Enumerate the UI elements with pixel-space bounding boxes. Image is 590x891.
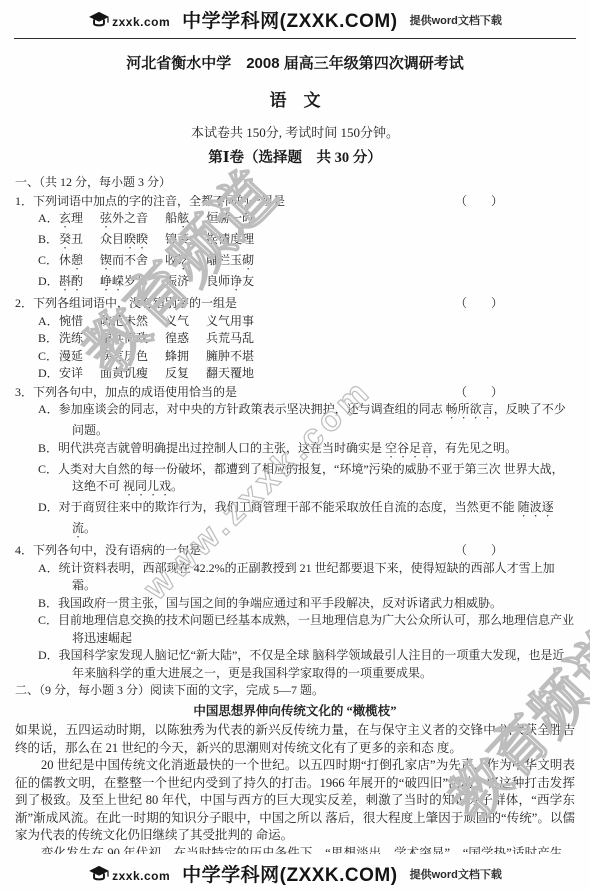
answer-bracket: （ ）	[455, 295, 503, 313]
option-word: 众目睽睽	[100, 232, 148, 246]
header-rule	[14, 38, 576, 39]
emphasized-term: 视同儿戏	[123, 479, 171, 493]
option-word: 臃肿不堪	[206, 349, 254, 363]
option-word: 揆情度理	[206, 232, 254, 246]
emphasized-term: 峥嵘	[100, 274, 124, 288]
option-word: 洗练	[59, 331, 83, 345]
site-name: 中学学科网(ZXXK.COM)	[182, 6, 397, 33]
section-heading: 二、（9 分，每小题 3 分）阅读下面的文字，完成 5—7 题。	[15, 682, 575, 700]
option-word: 疾言历色	[100, 349, 148, 363]
option-line: D．对于商贸往来中的欺诈行为，我们工商管理干部不能采取放任自流的态度，当然更不能…	[15, 499, 575, 541]
option-label: A．	[38, 313, 59, 331]
option-word: 防范未然	[100, 314, 148, 328]
option-line: A．玄理弦外之音船舷烜赫一时	[15, 210, 575, 231]
footer-bar: zxxk.com 中学学科网(ZXXK.COM) 提供word文档下载	[0, 854, 590, 891]
emphasized-term: 诤	[230, 274, 242, 288]
emphasized-term: 畅所欲言	[446, 402, 494, 416]
option-word: 漫延	[59, 349, 83, 363]
option-line: B．洗练精兵简政徨惑兵荒马乱	[15, 330, 575, 348]
option-word: 义气用事	[206, 314, 254, 328]
option-line: A．惋惜防范未然义气义气用事	[15, 313, 575, 331]
emphasized-term: 弦	[100, 211, 112, 225]
option-word: 斟酌	[59, 274, 83, 288]
emphasized-term: 葵	[177, 232, 189, 246]
emphasized-term: 斟酌	[59, 274, 83, 288]
emphasized-term: 讫	[177, 253, 189, 267]
question-stem: 2．下列各组词语中，没有错别字的一组是（ ）	[15, 295, 575, 313]
emphasized-term: 癸	[59, 232, 71, 246]
exam-title: 河北省衡水中学 2008 届高三年级第四次调研考试	[0, 52, 590, 73]
logo-text: zxxk.com	[112, 869, 170, 883]
option-word: 锦葵	[165, 232, 189, 246]
passage-paragraph: 如果说，五四运动时期，以陈独秀为代表的新兴反传统力量，在与保守主义者的交锋中 以…	[15, 722, 575, 757]
option-word: 烜赫一时	[206, 211, 254, 225]
option-line: B．我国政府一贯主张，国与国之间的争端应通过和平手段解决，反对诉诸武力相威胁。	[15, 595, 575, 613]
emphasized-term: 锲	[100, 253, 112, 267]
question-stem: 3．下列各句中，加点的成语使用恰当的是（ ）	[15, 384, 575, 402]
option-word: 癸丑	[59, 232, 83, 246]
option-label: A．	[38, 210, 59, 228]
option-word: 安详	[59, 366, 83, 380]
emphasized-term: 揆	[206, 232, 218, 246]
answer-bracket: （ ）	[455, 542, 503, 560]
option-label: D．	[38, 365, 59, 383]
part-heading: 第Ⅰ卷（选择题 共 30 分）	[0, 146, 590, 167]
option-line: D．我国科学家发现人脑记忆“新大陆”，不仅是全球 脑科学领域最引人注目的一项重大…	[15, 647, 575, 682]
emphasized-term: 睽睽	[124, 232, 148, 246]
option-word: 反复	[165, 366, 189, 380]
site-tagline: 提供word文档下载	[410, 866, 502, 882]
question-stem: 4．下列各句中，没有语病的一句是（ ）	[15, 542, 575, 560]
option-word: 面黄饥瘦	[100, 366, 148, 380]
option-word: 蜂拥	[165, 349, 189, 363]
graduation-cap-icon	[88, 11, 110, 29]
answer-bracket: （ ）	[455, 193, 503, 211]
option-word: 玄理	[59, 211, 83, 225]
option-line: A．参加座谈会的同志，对中央的方针政策表示坚决拥护，还与调查组的同志 畅所欲言，…	[15, 401, 575, 440]
option-word: 锲而不舍	[100, 253, 148, 267]
option-word: 雕栏玉砌	[206, 253, 254, 267]
graduation-cap-icon	[88, 865, 110, 883]
scan-page: 教育频道www.zxxk.com教育频道 zxxk.com 中学学科网(ZXXK…	[0, 0, 590, 891]
option-word: 弦外之音	[100, 211, 148, 225]
option-line: D．斟酌峥嵘岁月赈济良师诤友	[15, 273, 575, 294]
answer-bracket: （ ）	[455, 384, 503, 402]
emphasized-term: 赈	[165, 274, 177, 288]
section-heading: 一、（共 12 分，每小题 3 分）	[15, 174, 575, 192]
emphasized-term: 砌	[242, 253, 254, 267]
zxxk-logo: zxxk.com	[88, 11, 170, 29]
option-word: 船舷	[165, 211, 189, 225]
option-label: B．	[38, 330, 59, 348]
option-word: 兵荒马乱	[206, 331, 254, 345]
exam-body: 一、（共 12 分，每小题 3 分）1．下列词语中加点的字的注音，全都不同的一组…	[15, 174, 575, 891]
option-label: C．	[38, 252, 59, 270]
option-word: 收讫	[165, 253, 189, 267]
question-stem: 1．下列词语中加点的字的注音，全都不同的一组是（ ）	[15, 193, 575, 211]
option-word: 休憩	[59, 253, 83, 267]
option-word: 惋惜	[59, 314, 83, 328]
emphasized-term: 烜	[206, 211, 218, 225]
option-word: 精兵简政	[100, 331, 148, 345]
emphasized-term: 舷	[177, 211, 189, 225]
logo-text: zxxk.com	[112, 15, 170, 29]
option-line: C．目前地理信息交换的技术问题已经基本成熟，一旦地理信息为广大公众所认可，那么地…	[15, 612, 575, 647]
option-line: B．明代洪亮吉就曾明确提出过控制人口的主张，这在当时确实是 空谷足音，有先见之明…	[15, 440, 575, 461]
option-line: C．漫延疾言历色蜂拥臃肿不堪	[15, 348, 575, 366]
option-word: 徨惑	[165, 331, 189, 345]
emphasized-term: 玄	[59, 211, 71, 225]
exam-info: 本试卷共 150分, 考试时间 150分钟。	[0, 122, 590, 141]
passage-title: 中国思想界伸向传统文化的 “橄榄枝”	[15, 703, 575, 721]
site-name: 中学学科网(ZXXK.COM)	[182, 860, 397, 887]
option-line: D．安详面黄饥瘦反复翻天覆地	[15, 365, 575, 383]
emphasized-term: 憩	[71, 253, 83, 267]
option-word: 良师诤友	[206, 274, 254, 288]
option-line: C．休憩锲而不舍收讫雕栏玉砌	[15, 252, 575, 273]
option-label: B．	[38, 231, 59, 249]
option-line: B．癸丑众目睽睽锦葵揆情度理	[15, 231, 575, 252]
exam-subject: 语 文	[0, 86, 590, 111]
site-tagline: 提供word文档下载	[410, 12, 502, 28]
option-word: 赈济	[165, 274, 189, 288]
header-bar: zxxk.com 中学学科网(ZXXK.COM) 提供word文档下载	[0, 0, 590, 33]
emphasized-term: 随波逐流	[72, 500, 554, 535]
option-label: C．	[38, 348, 59, 366]
passage-paragraph: 20 世纪是中国传统文化消逝最快的一个世纪。以五四时期“打倒孔家店”为先声，作为…	[15, 757, 575, 845]
option-word: 义气	[165, 314, 189, 328]
zxxk-logo: zxxk.com	[88, 865, 170, 883]
option-label: D．	[38, 273, 59, 291]
option-line: C．人类对大自然的每一份破坏，都遭到了相应的报复，“环境”污染的威胁不亚于第三次…	[15, 461, 575, 500]
option-word: 翻天覆地	[206, 366, 254, 380]
option-line: A．统计资料表明，西部现在 42.2%的正副教授到 21 世纪都要退下来，使得短…	[15, 560, 575, 595]
option-word: 峥嵘岁月	[100, 274, 148, 288]
emphasized-term: 空谷足音	[385, 441, 433, 455]
